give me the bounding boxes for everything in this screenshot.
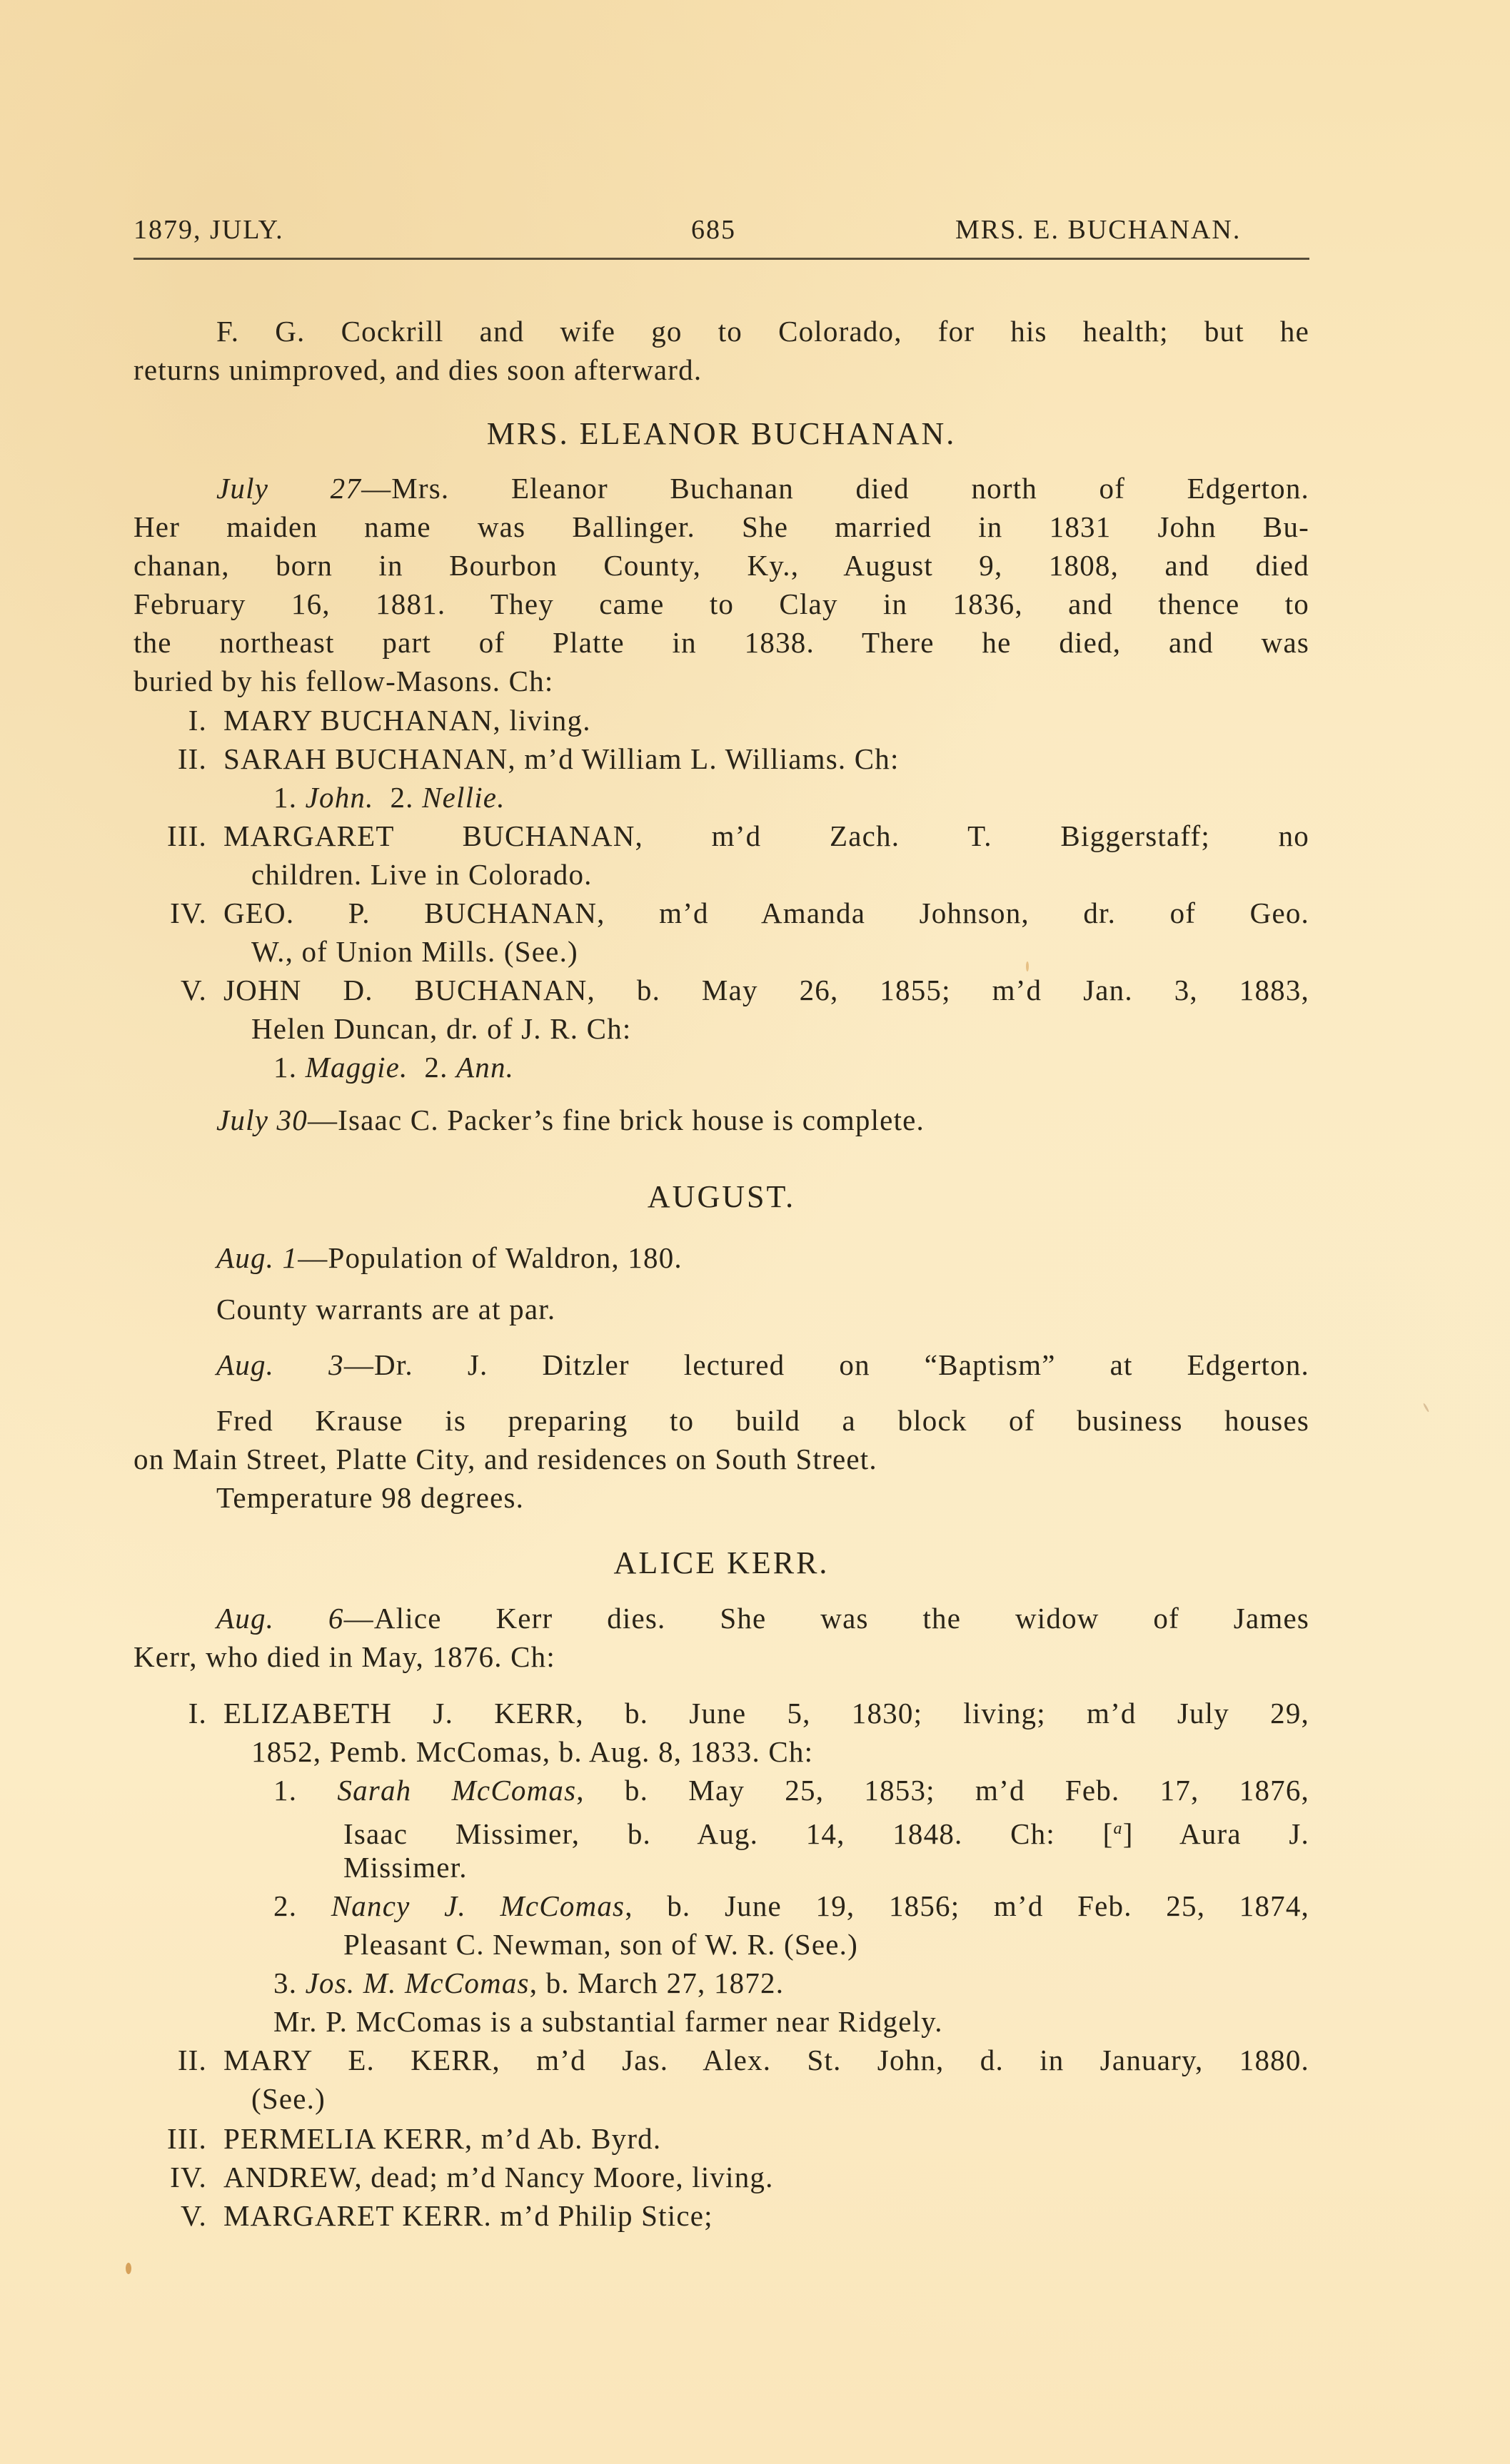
entry-date: July 30 [216,1104,308,1136]
list-item: MARGARET KERR. m’d Philip Stice; [223,2198,713,2233]
sub-list-item: 2. Nancy J. McComas, b. June 19, 1856; m… [273,1889,1309,1923]
sub-list-item-continuation: Missimer. [343,1850,468,1884]
paragraph-line: February 16, 1881. They came to Clay in … [134,587,1309,621]
paragraph-line: July 27—Mrs. Eleanor Buchanan died north… [216,471,1309,505]
list-item: MARY BUCHANAN, living. [223,703,591,737]
section-heading-kerr: ALICE KERR. [134,1545,1309,1581]
entry-date: Aug. 3 [216,1348,344,1381]
paragraph-line: Kerr, who died in May, 1876. Ch: [134,1640,555,1674]
running-head-right: MRS. E. BUCHANAN. [955,214,1241,246]
list-numeral: IV. [136,896,207,930]
section-heading-buchanan: MRS. ELEANOR BUCHANAN. [134,416,1309,452]
list-numeral: III. [136,819,207,853]
list-numeral: III. [136,2121,207,2156]
list-item: ELIZABETH J. KERR, b. June 5, 1830; livi… [223,1696,1309,1730]
sub-list-item: 1. John. 2. Nellie. [273,780,505,814]
paragraph-line: on Main Street, Platte City, and residen… [134,1442,877,1476]
list-item: SARAH BUCHANAN, m’d William L. Williams.… [223,742,900,776]
list-item-continuation: (See.) [251,2081,326,2116]
paragraph-line: Her maiden name was Ballinger. She marri… [134,510,1309,544]
footnote-mark: a [1114,1819,1123,1838]
paragraph-line: Temperature 98 degrees. [216,1480,524,1515]
sub-list-item-continuation: Isaac Missimer, b. Aug. 14, 1848. Ch: [a… [343,1812,1309,1851]
list-numeral: IV. [136,2160,207,2194]
list-numeral: V. [136,2198,207,2233]
list-numeral: I. [136,703,207,737]
paragraph-line: chanan, born in Bourbon County, Ky., Aug… [134,548,1309,582]
paragraph-line: Aug. 3—Dr. J. Ditzler lectured on “Bapti… [216,1348,1309,1382]
paragraph-line: Aug. 6—Alice Kerr dies. She was the wido… [216,1601,1309,1635]
entry-date: July 27 [216,472,361,505]
list-item-continuation: W., of Union Mills. (See.) [251,934,578,969]
section-heading-august: AUGUST. [134,1179,1309,1215]
list-item-continuation: 1852, Pemb. McComas, b. Aug. 8, 1833. Ch… [251,1735,813,1769]
list-numeral: II. [136,742,207,776]
list-numeral: II. [136,2043,207,2077]
list-item: MARY E. KERR, m’d Jas. Alex. St. John, d… [223,2043,1309,2077]
header-rule [134,258,1309,260]
list-note: Mr. P. McComas is a substantial farmer n… [273,2004,943,2039]
list-item: GEO. P. BUCHANAN, m’d Amanda Johnson, dr… [223,896,1309,930]
list-item: PERMELIA KERR, m’d Ab. Byrd. [223,2121,661,2156]
paragraph-line: returns unimproved, and dies soon afterw… [134,353,702,387]
sub-list-item: 3. Jos. M. McComas, b. March 27, 1872. [273,1966,784,2000]
page-number: 685 [691,214,736,246]
running-head-left: 1879, JULY. [134,214,284,246]
paragraph-line: the northeast part of Platte in 1838. Th… [134,625,1309,660]
list-item-continuation: children. Live in Colorado. [251,857,593,892]
paper-stain [126,2263,131,2274]
paragraph-line: Aug. 1—Population of Waldron, 180. [216,1241,683,1275]
list-item: ANDREW, dead; m’d Nancy Moore, living. [223,2160,774,2194]
entry-date: Aug. 6 [216,1602,344,1635]
list-numeral: I. [136,1696,207,1730]
paragraph-line: Fred Krause is preparing to build a bloc… [216,1403,1309,1438]
paper-stain [1026,961,1029,971]
sub-list-item: 1. Sarah McComas, b. May 25, 1853; m’d F… [273,1773,1309,1807]
paragraph-line: July 30—Isaac C. Packer’s fine brick hou… [216,1103,925,1137]
list-item: MARGARET BUCHANAN, m’d Zach. T. Biggerst… [223,819,1309,853]
sub-list-item-continuation: Pleasant C. Newman, son of W. R. (See.) [343,1927,858,1961]
list-item-continuation: Helen Duncan, dr. of J. R. Ch: [251,1011,631,1046]
entry-date: Aug. 1 [216,1241,298,1274]
list-item: JOHN D. BUCHANAN, b. May 26, 1855; m’d J… [223,973,1309,1007]
list-numeral: V. [136,973,207,1007]
sub-list-item: 1. Maggie. 2. Ann. [273,1050,514,1084]
paragraph-line: F. G. Cockrill and wife go to Colorado, … [216,314,1309,348]
paragraph-line: buried by his fellow-Masons. Ch: [134,664,553,698]
paragraph-line: County warrants are at par. [216,1292,555,1326]
